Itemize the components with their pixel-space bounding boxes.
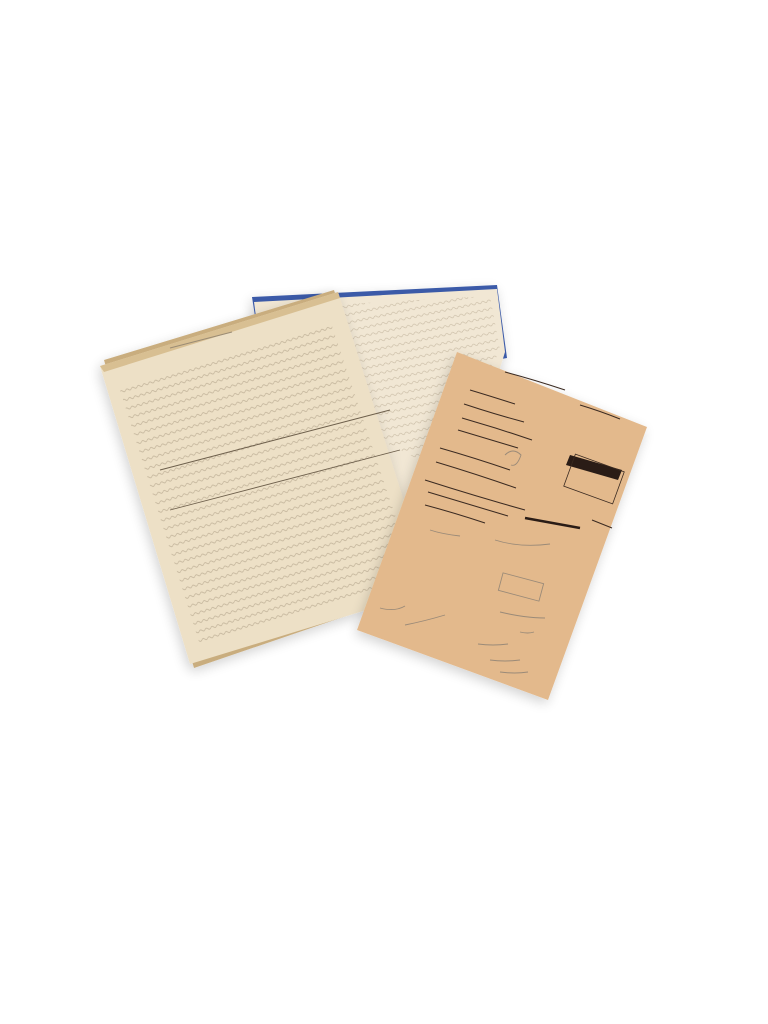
manuscript-photo — [0, 0, 768, 1024]
